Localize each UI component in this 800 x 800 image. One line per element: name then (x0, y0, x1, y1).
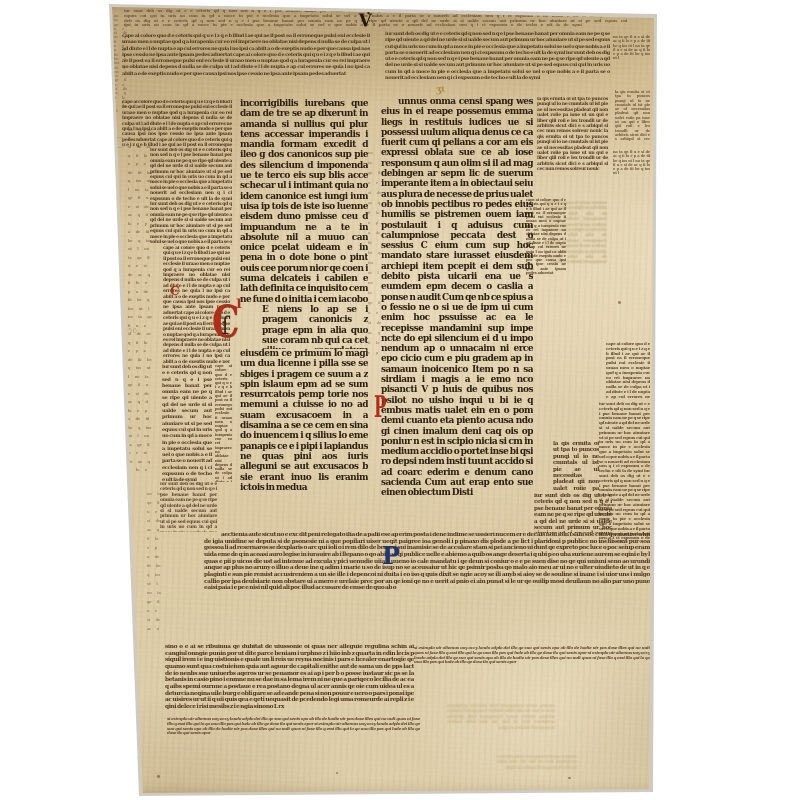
manuscript-leaf: iur sunt deb os dig ut e e ceteris qd q … (0, 0, 800, 800)
leaf-edge-vignette (0, 0, 800, 800)
manuscript-photo: iur sunt deb os dig ut e e ceteris qd q … (0, 0, 800, 800)
